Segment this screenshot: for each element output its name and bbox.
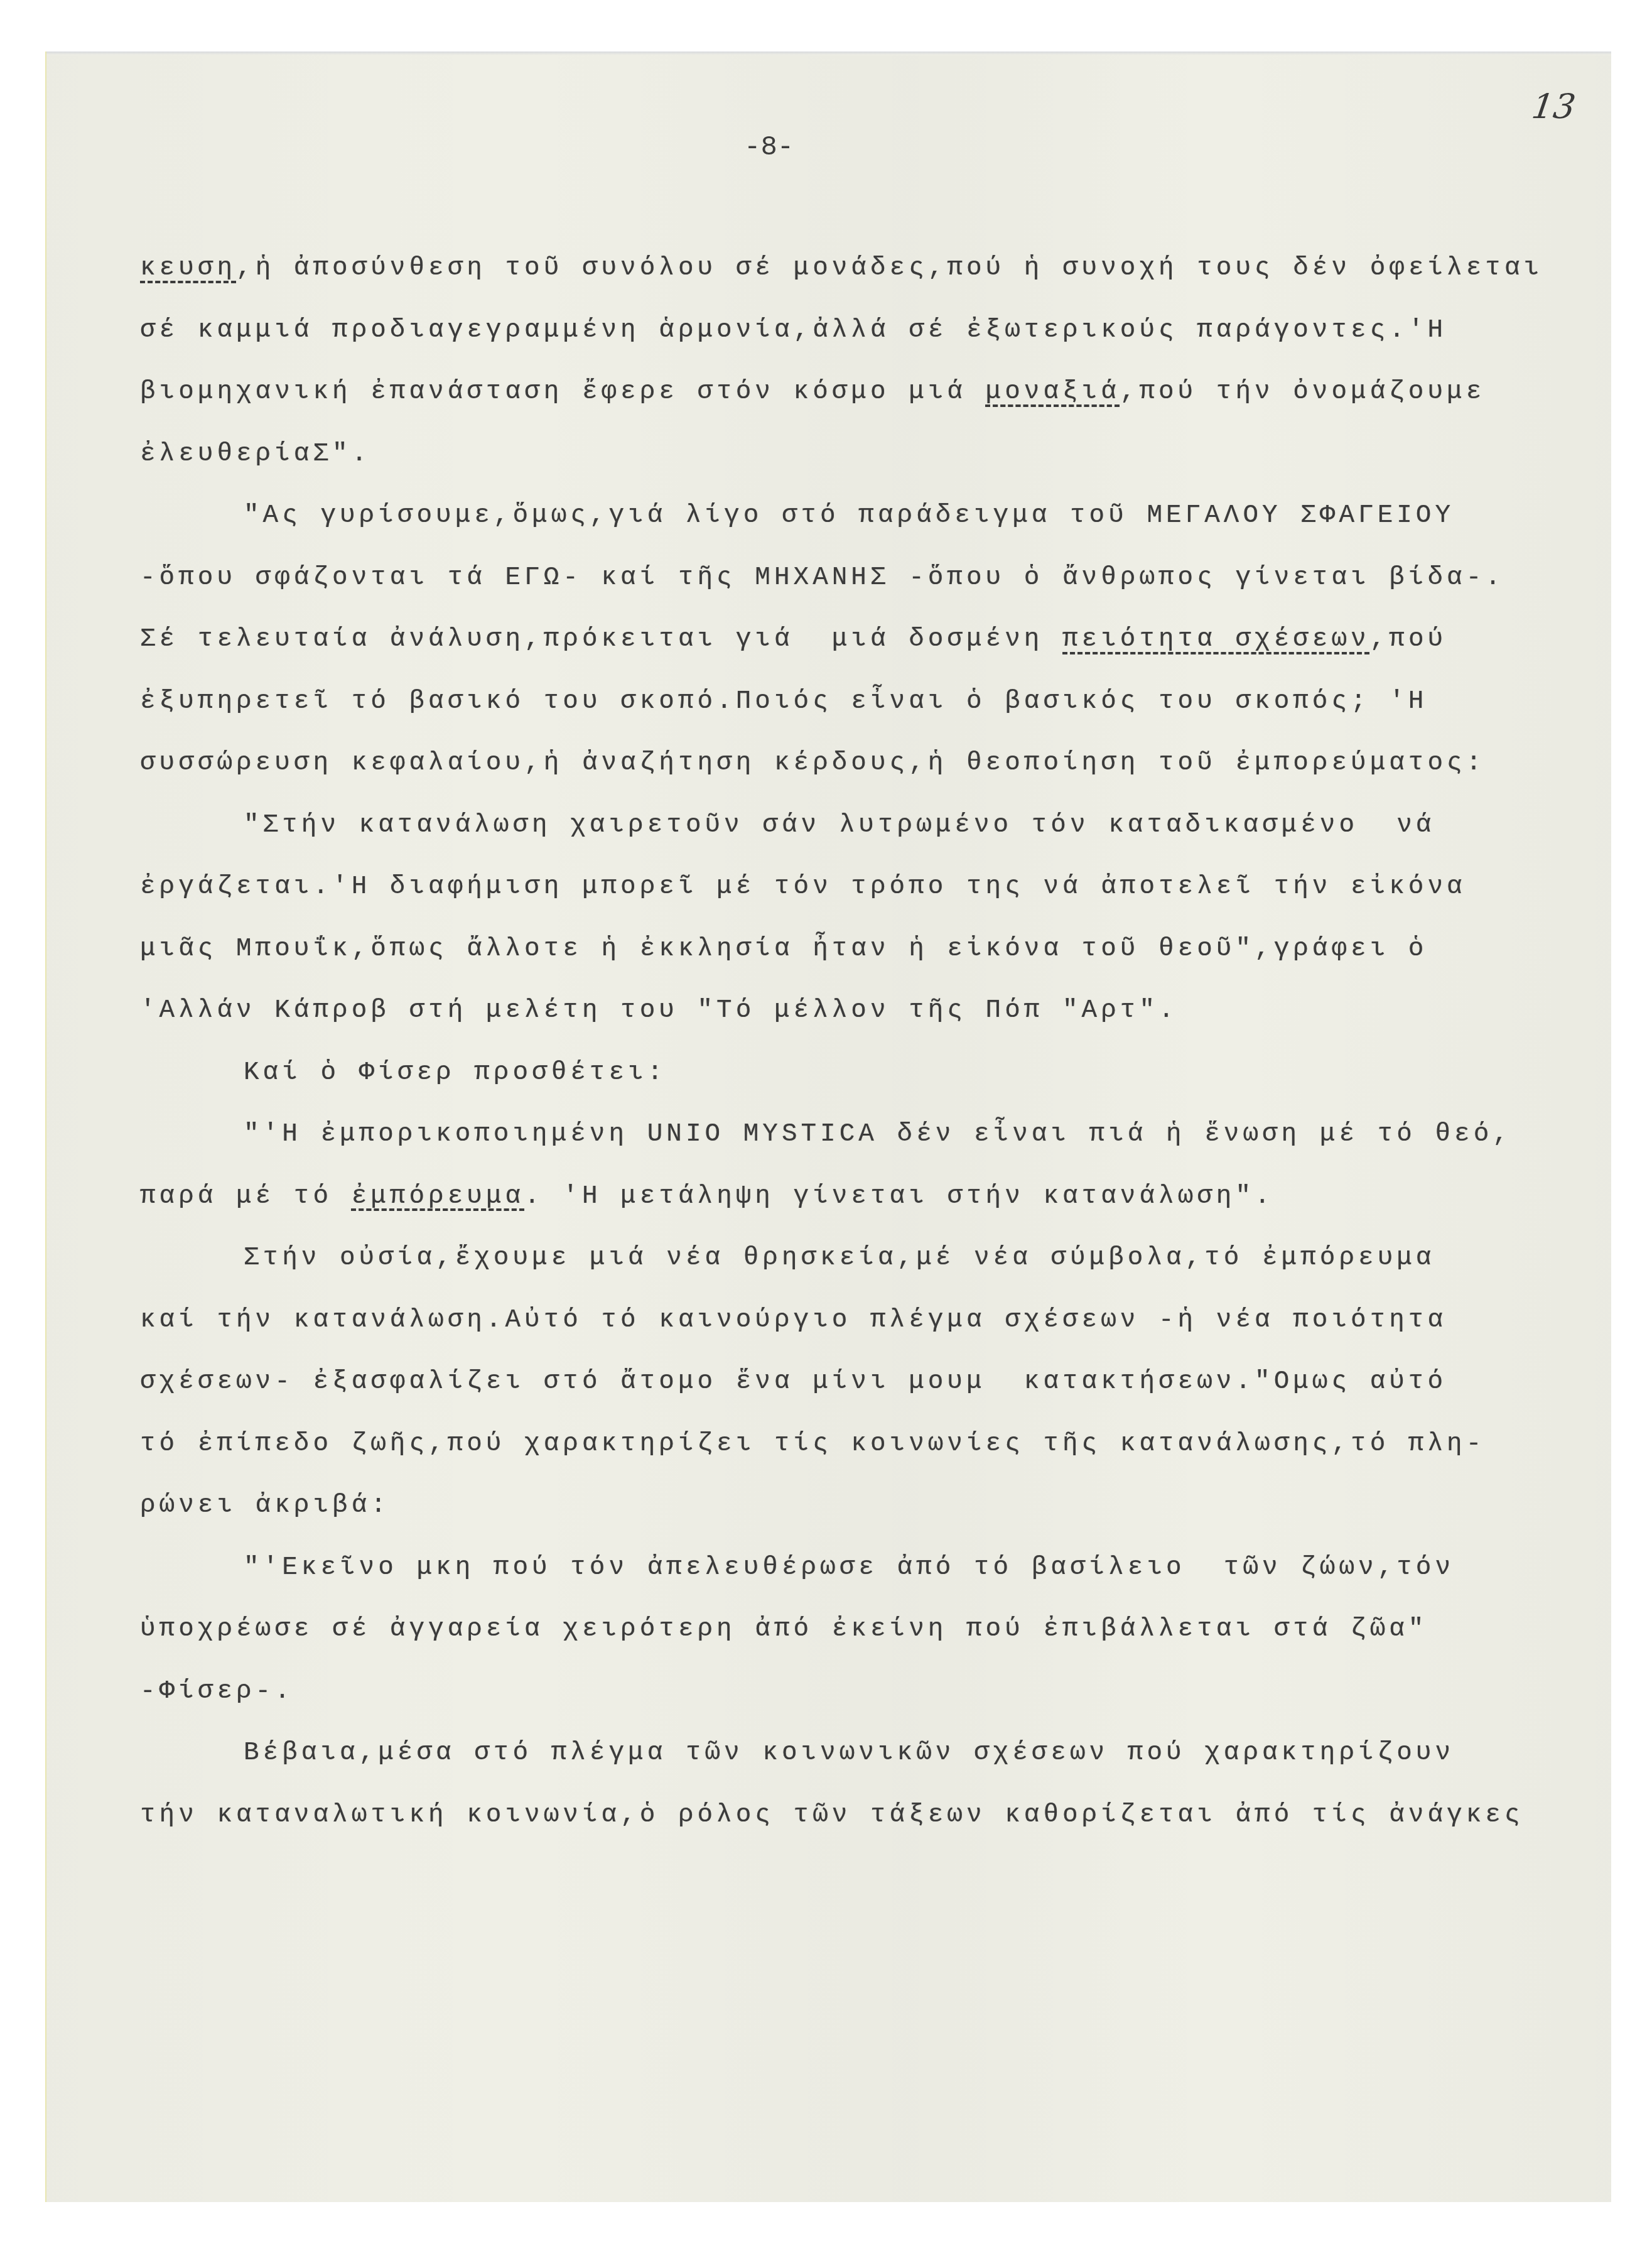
- text-segment: παρά μέ τό: [140, 1182, 352, 1211]
- text-line: -ὅπου σφάζονται τά ΕΓΩ- καί τῆς ΜΗΧΑΝΗΣ …: [140, 547, 1521, 609]
- text-line: καί τήν κατανάλωση.Αὐτό τό καινούργιο πλ…: [140, 1289, 1521, 1352]
- underlined-text: ἐμπόρευμα: [352, 1182, 524, 1211]
- text-line: Βέβαια,μέσα στό πλέγμα τῶν κοινωνικῶν σχ…: [140, 1722, 1521, 1784]
- text-segment: "Ας γυρίσουμε,ὅμως,γιά λίγο στό παράδειγ…: [244, 501, 1454, 530]
- text-segment: ἐξυπηρετεῖ τό βασικό του σκοπό.Ποιός εἶν…: [140, 687, 1427, 716]
- text-line: συσσώρευση κεφαλαίου,ἡ ἀναζήτηση κέρδους…: [140, 732, 1521, 795]
- text-line: σέ καμμιά προδιαγεγραμμένη ἁρμονία,ἀλλά …: [140, 300, 1521, 362]
- text-segment: σέ καμμιά προδιαγεγραμμένη ἁρμονία,ἀλλά …: [140, 316, 1447, 345]
- text-segment: συσσώρευση κεφαλαίου,ἡ ἀναζήτηση κέρδους…: [140, 749, 1485, 778]
- text-segment: Καί ὁ Φίσερ προσθέτει:: [244, 1058, 666, 1087]
- page-edge-shadow: [46, 52, 1611, 55]
- text-line: κευση,ἡ ἀποσύνθεση τοῦ συνόλου σέ μονάδε…: [140, 237, 1521, 300]
- text-segment: ,πού: [1370, 625, 1447, 654]
- text-segment: Βέβαια,μέσα στό πλέγμα τῶν κοινωνικῶν σχ…: [244, 1739, 1454, 1767]
- text-line: "'Εκεῖνο μκη πού τόν ἀπελευθέρωσε ἀπό τό…: [140, 1537, 1521, 1599]
- text-segment: ρώνει ἀκριβά:: [140, 1491, 390, 1520]
- text-segment: βιομηχανική ἐπανάσταση ἔφερε στόν κόσμο …: [140, 377, 986, 406]
- text-line: ἐργάζεται.'Η διαφήμιση μπορεῖ μέ τόν τρό…: [140, 856, 1521, 918]
- text-line: παρά μέ τό ἐμπόρευμα. 'Η μετάληψη γίνετα…: [140, 1166, 1521, 1228]
- text-segment: ἐλευθερίαΣ".: [140, 440, 370, 469]
- text-line: βιομηχανική ἐπανάσταση ἔφερε στόν κόσμο …: [140, 361, 1521, 423]
- text-line: Καί ὁ Φίσερ προσθέτει:: [140, 1042, 1521, 1104]
- underlined-text: πειότητα σχέσεων: [1062, 625, 1370, 654]
- text-segment: ,ἡ ἀποσύνθεση τοῦ συνόλου σέ μονάδες,πού…: [236, 254, 1543, 283]
- text-segment: ,πού τήν ὀνομάζουμε: [1120, 377, 1485, 406]
- text-segment: . 'Η μετάληψη γίνεται στήν κατανάλωση".: [524, 1182, 1274, 1211]
- text-segment: καί τήν κατανάλωση.Αὐτό τό καινούργιο πλ…: [140, 1306, 1447, 1335]
- text-line: ἐλευθερίαΣ".: [140, 423, 1521, 486]
- text-line: "Ας γυρίσουμε,ὅμως,γιά λίγο στό παράδειγ…: [140, 485, 1521, 547]
- text-segment: "Στήν κατανάλωση χαιρετοῦν σάν λυτρωμένο…: [244, 811, 1435, 840]
- text-segment: "'Εκεῖνο μκη πού τόν ἀπελευθέρωσε ἀπό τό…: [244, 1553, 1454, 1582]
- text-line: Σέ τελευταία ἀνάλυση,πρόκειται γιά μιά δ…: [140, 609, 1521, 671]
- text-line: Στήν οὐσία,ἔχουμε μιά νέα θρησκεία,μέ νέ…: [140, 1227, 1521, 1289]
- page-number: -8-: [744, 132, 794, 163]
- handwritten-folio-number: 13: [1530, 87, 1579, 126]
- text-line: ὑποχρέωσε σέ ἀγγαρεία χειρότερη ἀπό ἐκεί…: [140, 1598, 1521, 1661]
- text-segment: ὑποχρέωσε σέ ἀγγαρεία χειρότερη ἀπό ἐκεί…: [140, 1615, 1427, 1644]
- underlined-text: κευση: [140, 254, 236, 283]
- text-segment: τό ἐπίπεδο ζωῆς,πού χαρακτηρίζει τίς κοι…: [140, 1430, 1485, 1458]
- text-segment: μιᾶς Μπουΐκ,ὅπως ἄλλοτε ἡ ἐκκλησία ἦταν …: [140, 935, 1427, 963]
- text-line: -Φίσερ-.: [140, 1661, 1521, 1723]
- text-segment: 'Αλλάν Κάπροβ στή μελέτη του "Τό μέλλον …: [140, 996, 1178, 1025]
- text-segment: Σέ τελευταία ἀνάλυση,πρόκειται γιά μιά δ…: [140, 625, 1062, 654]
- text-line: μιᾶς Μπουΐκ,ὅπως ἄλλοτε ἡ ἐκκλησία ἦταν …: [140, 918, 1521, 980]
- text-line: 'Αλλάν Κάπροβ στή μελέτη του "Τό μέλλον …: [140, 980, 1521, 1042]
- text-line: τό ἐπίπεδο ζωῆς,πού χαρακτηρίζει τίς κοι…: [140, 1413, 1521, 1475]
- body-text: κευση,ἡ ἀποσύνθεση τοῦ συνόλου σέ μονάδε…: [140, 237, 1521, 1846]
- text-segment: σχέσεων- ἐξασφαλίζει στό ἄτομο ἕνα μίνι …: [140, 1367, 1447, 1396]
- text-line: σχέσεων- ἐξασφαλίζει στό ἄτομο ἕνα μίνι …: [140, 1351, 1521, 1413]
- underlined-text: μοναξιά: [986, 377, 1120, 406]
- text-segment: "'Η ἐμπορικοποιημένη UNIO MYSTICA δέν εἶ…: [244, 1120, 1512, 1149]
- text-segment: τήν καταναλωτική κοινωνία,ὁ ρόλος τῶν τά…: [140, 1801, 1524, 1830]
- text-segment: ἐργάζεται.'Η διαφήμιση μπορεῖ μέ τόν τρό…: [140, 872, 1466, 901]
- text-line: "'Η ἐμπορικοποιημένη UNIO MYSTICA δέν εἶ…: [140, 1104, 1521, 1166]
- text-line: τήν καταναλωτική κοινωνία,ὁ ρόλος τῶν τά…: [140, 1784, 1521, 1847]
- text-segment: Στήν οὐσία,ἔχουμε μιά νέα θρησκεία,μέ νέ…: [244, 1244, 1435, 1272]
- text-segment: -Φίσερ-.: [140, 1677, 294, 1706]
- text-segment: -ὅπου σφάζονται τά ΕΓΩ- καί τῆς ΜΗΧΑΝΗΣ …: [140, 563, 1504, 592]
- text-line: ρώνει ἀκριβά:: [140, 1475, 1521, 1537]
- text-line: ἐξυπηρετεῖ τό βασικό του σκοπό.Ποιός εἶν…: [140, 671, 1521, 733]
- text-line: "Στήν κατανάλωση χαιρετοῦν σάν λυτρωμένο…: [140, 795, 1521, 857]
